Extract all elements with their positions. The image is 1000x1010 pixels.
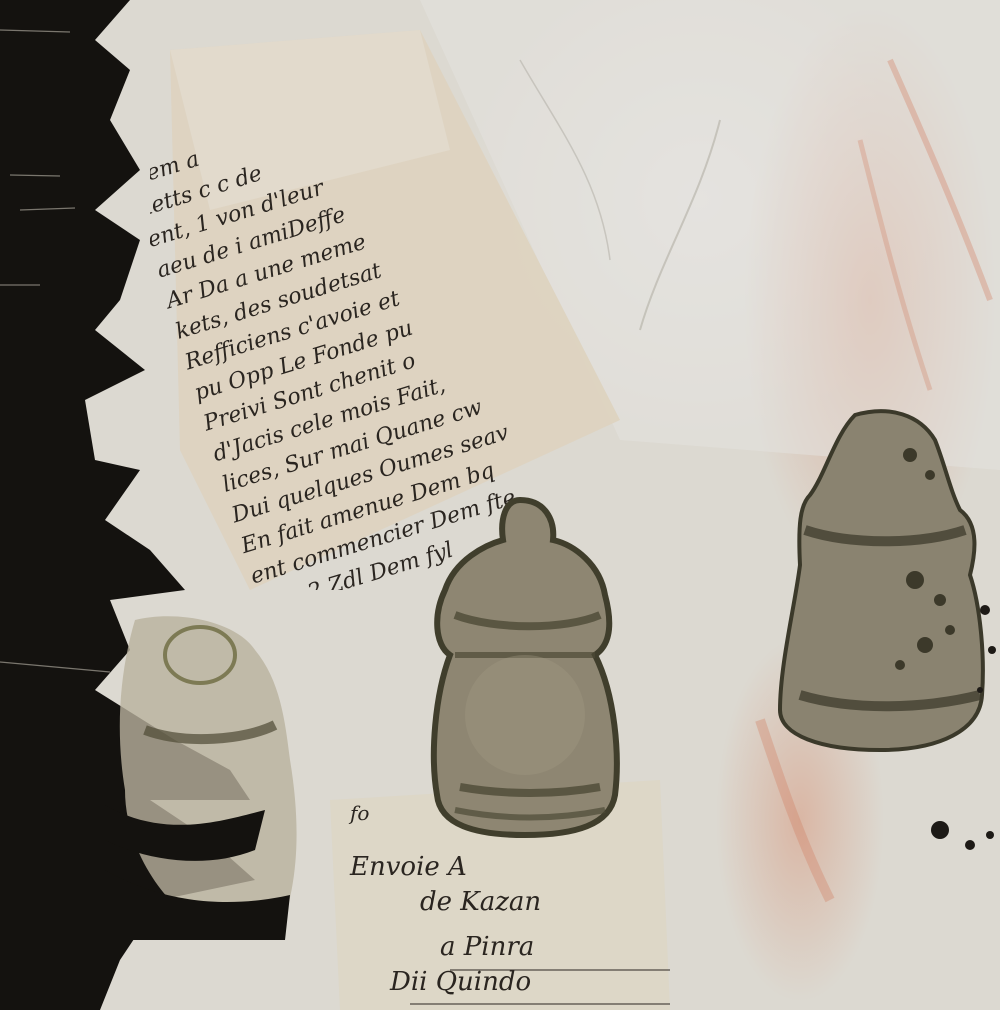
script-line: Envoie A: [349, 852, 467, 882]
script-line: a Pinra: [440, 932, 534, 962]
script-line: Dii Quindo: [389, 967, 531, 997]
jar-left-faded: [105, 610, 315, 940]
jar-center: [425, 495, 625, 840]
artwork-canvas: fem a ketts c c de ent, 1 von d'leur aeu…: [0, 0, 1000, 1010]
script-line: fo: [348, 801, 369, 825]
ink-speckles: [880, 580, 1000, 880]
script-line: de Kazan: [420, 887, 541, 917]
